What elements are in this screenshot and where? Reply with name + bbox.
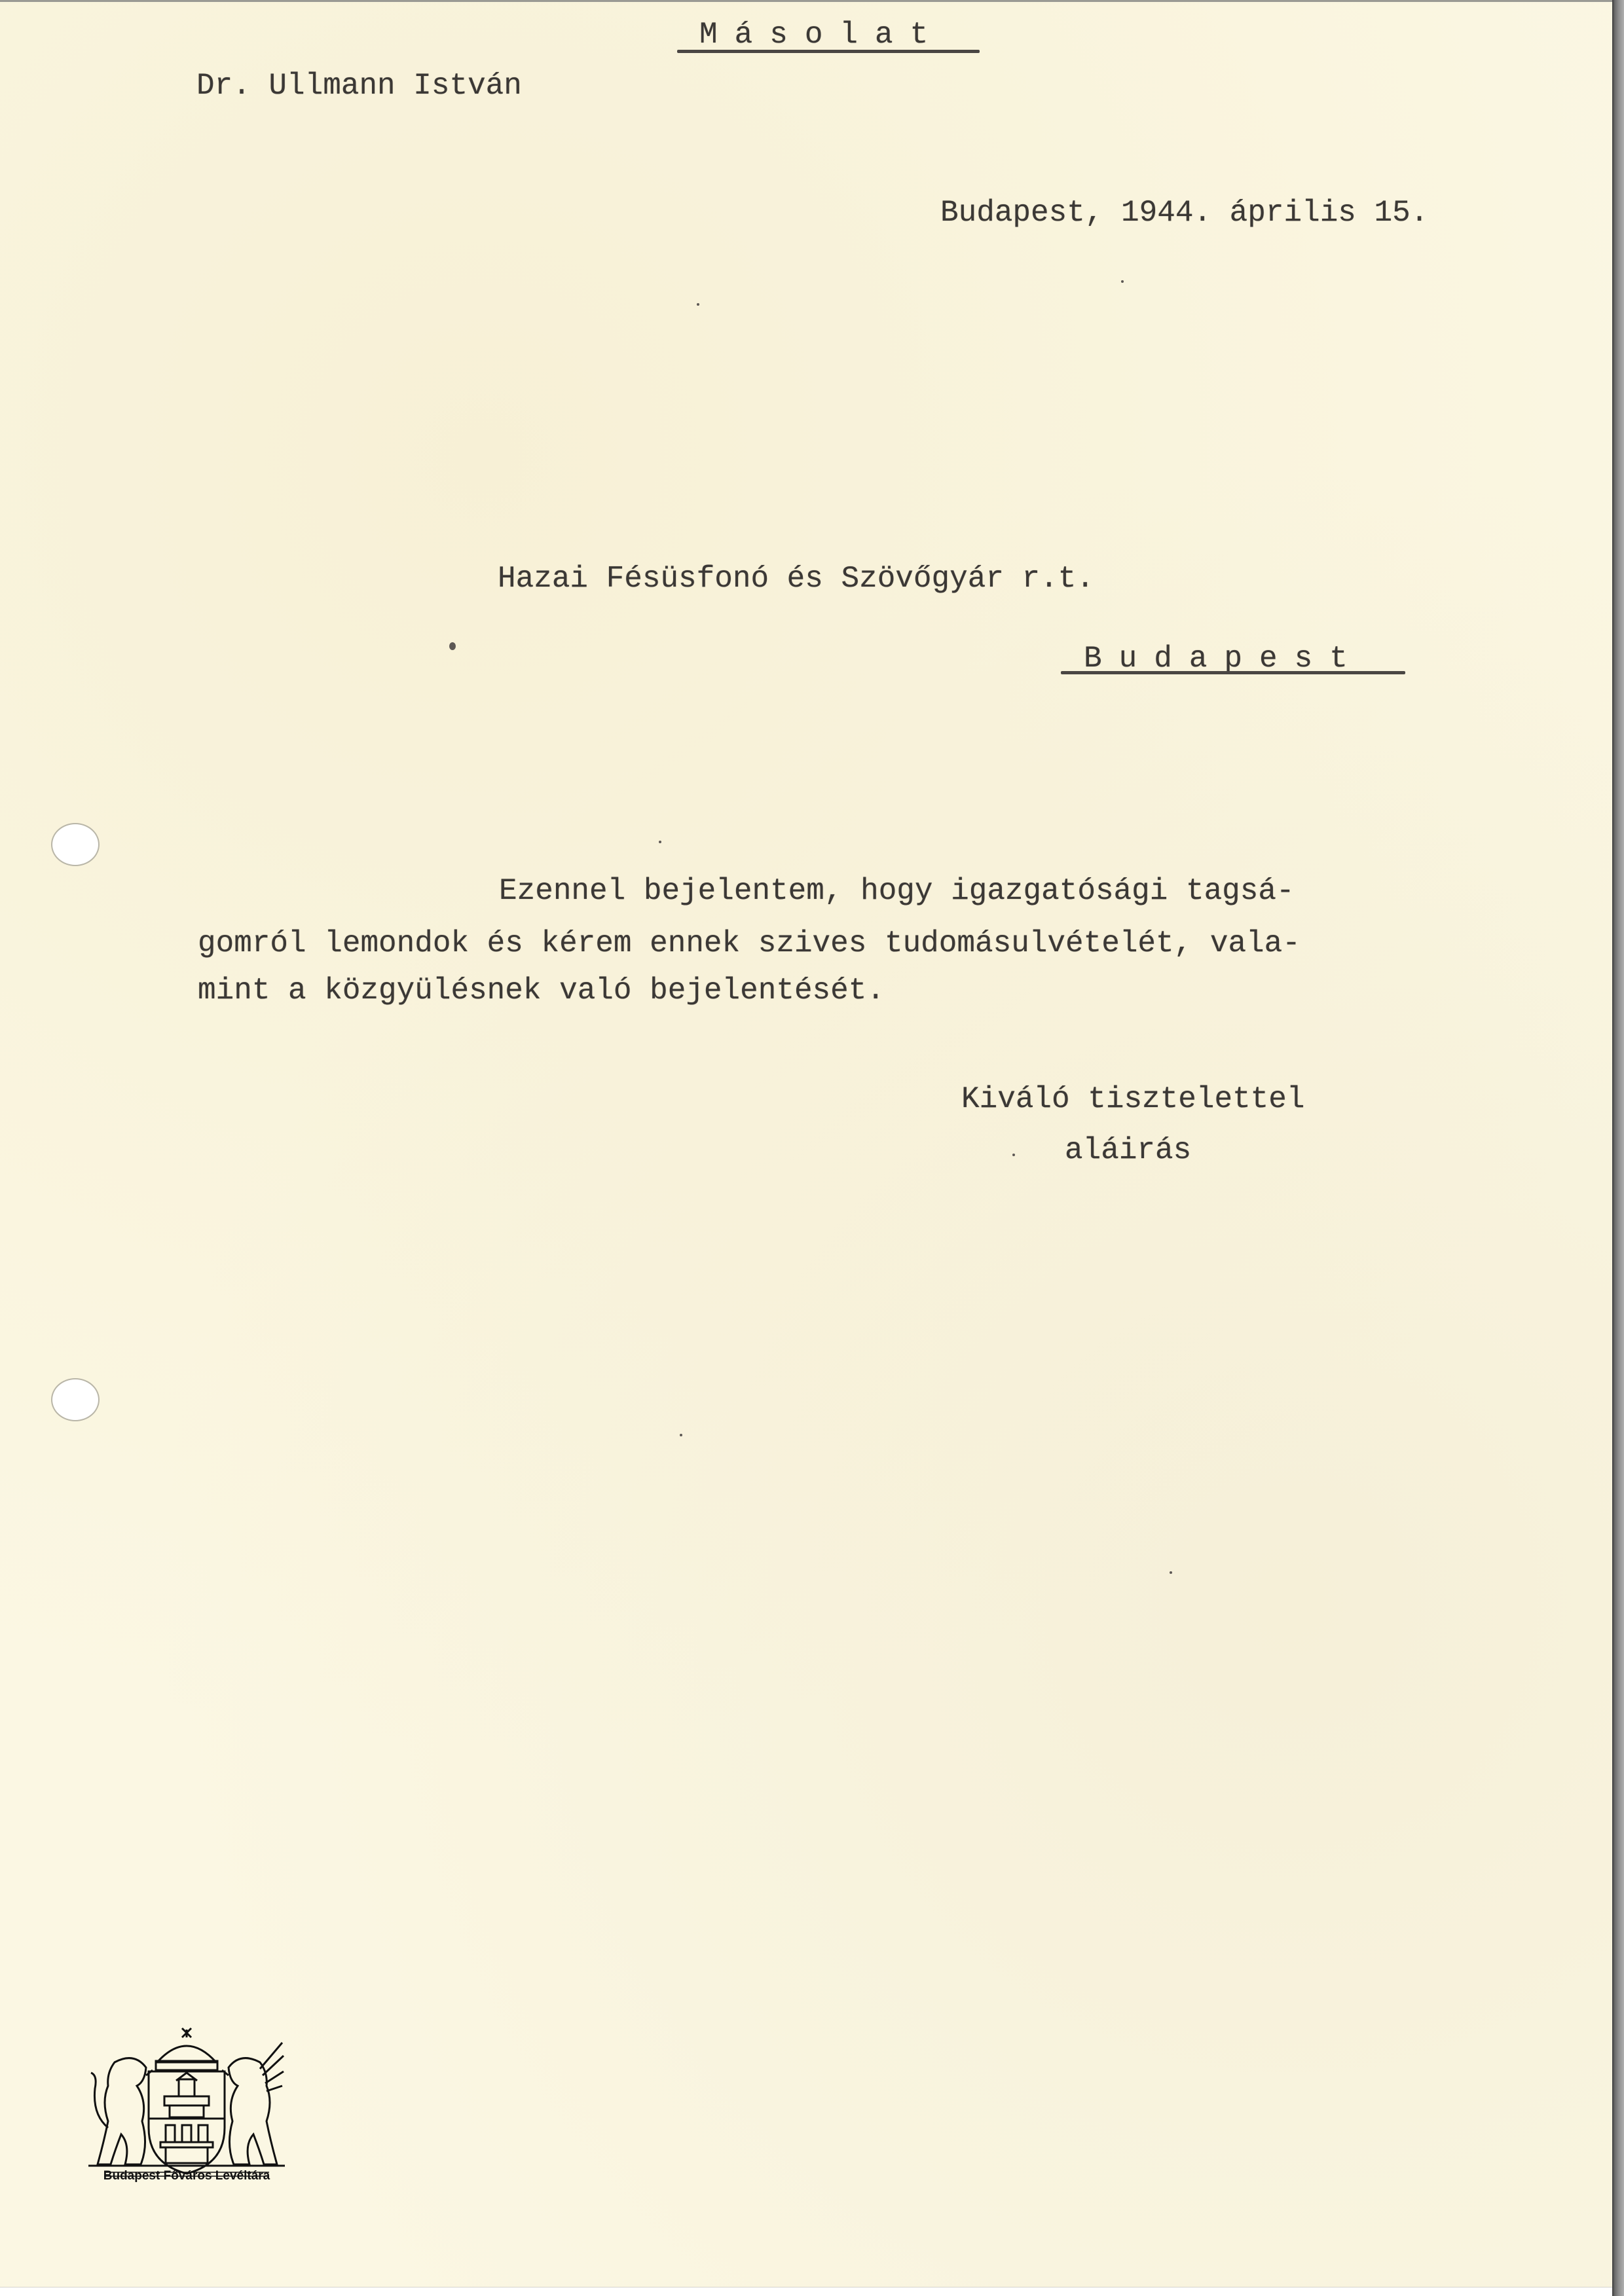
ink-speck — [659, 841, 661, 843]
recipient-city: Budapest — [1084, 644, 1365, 674]
ink-speck — [1012, 1154, 1015, 1156]
closing-phrase: Kiváló tisztelettel — [961, 1084, 1305, 1114]
body-line-3: mint a közgyülésnek való bejelentését. — [198, 975, 885, 1006]
ink-speck — [697, 303, 699, 306]
document-heading: Másolat — [699, 20, 945, 50]
body-line-2: gomról lemondok és kérem ennek szives tu… — [198, 928, 1301, 958]
city-underline — [1061, 671, 1405, 674]
heading-underline — [677, 50, 980, 53]
recipient-name: Hazai Fésüsfonó és Szövőgyár r.t. — [498, 564, 1094, 594]
punch-hole-icon — [51, 1378, 100, 1421]
ink-speck — [1170, 1571, 1172, 1574]
scan-right-edge — [1612, 0, 1624, 2296]
body-line-1: Ezennel bejelentem, hogy igazgatósági ta… — [499, 876, 1295, 906]
document-page — [0, 0, 1612, 2287]
punch-hole-icon — [51, 823, 100, 866]
scan-bottom-margin — [0, 2287, 1612, 2296]
ink-speck — [449, 642, 456, 650]
sender-name: Dr. Ullmann István — [196, 71, 522, 101]
ink-speck — [680, 1434, 682, 1436]
ink-speck — [1121, 280, 1124, 283]
signature-placeholder: aláirás — [1065, 1135, 1191, 1165]
scan-top-edge — [0, 0, 1612, 2]
budapest-coat-of-arms-icon — [88, 2023, 285, 2180]
place-date: Budapest, 1944. április 15. — [940, 198, 1428, 228]
archive-caption: Budapest Főváros Levéltára — [85, 2169, 288, 2183]
